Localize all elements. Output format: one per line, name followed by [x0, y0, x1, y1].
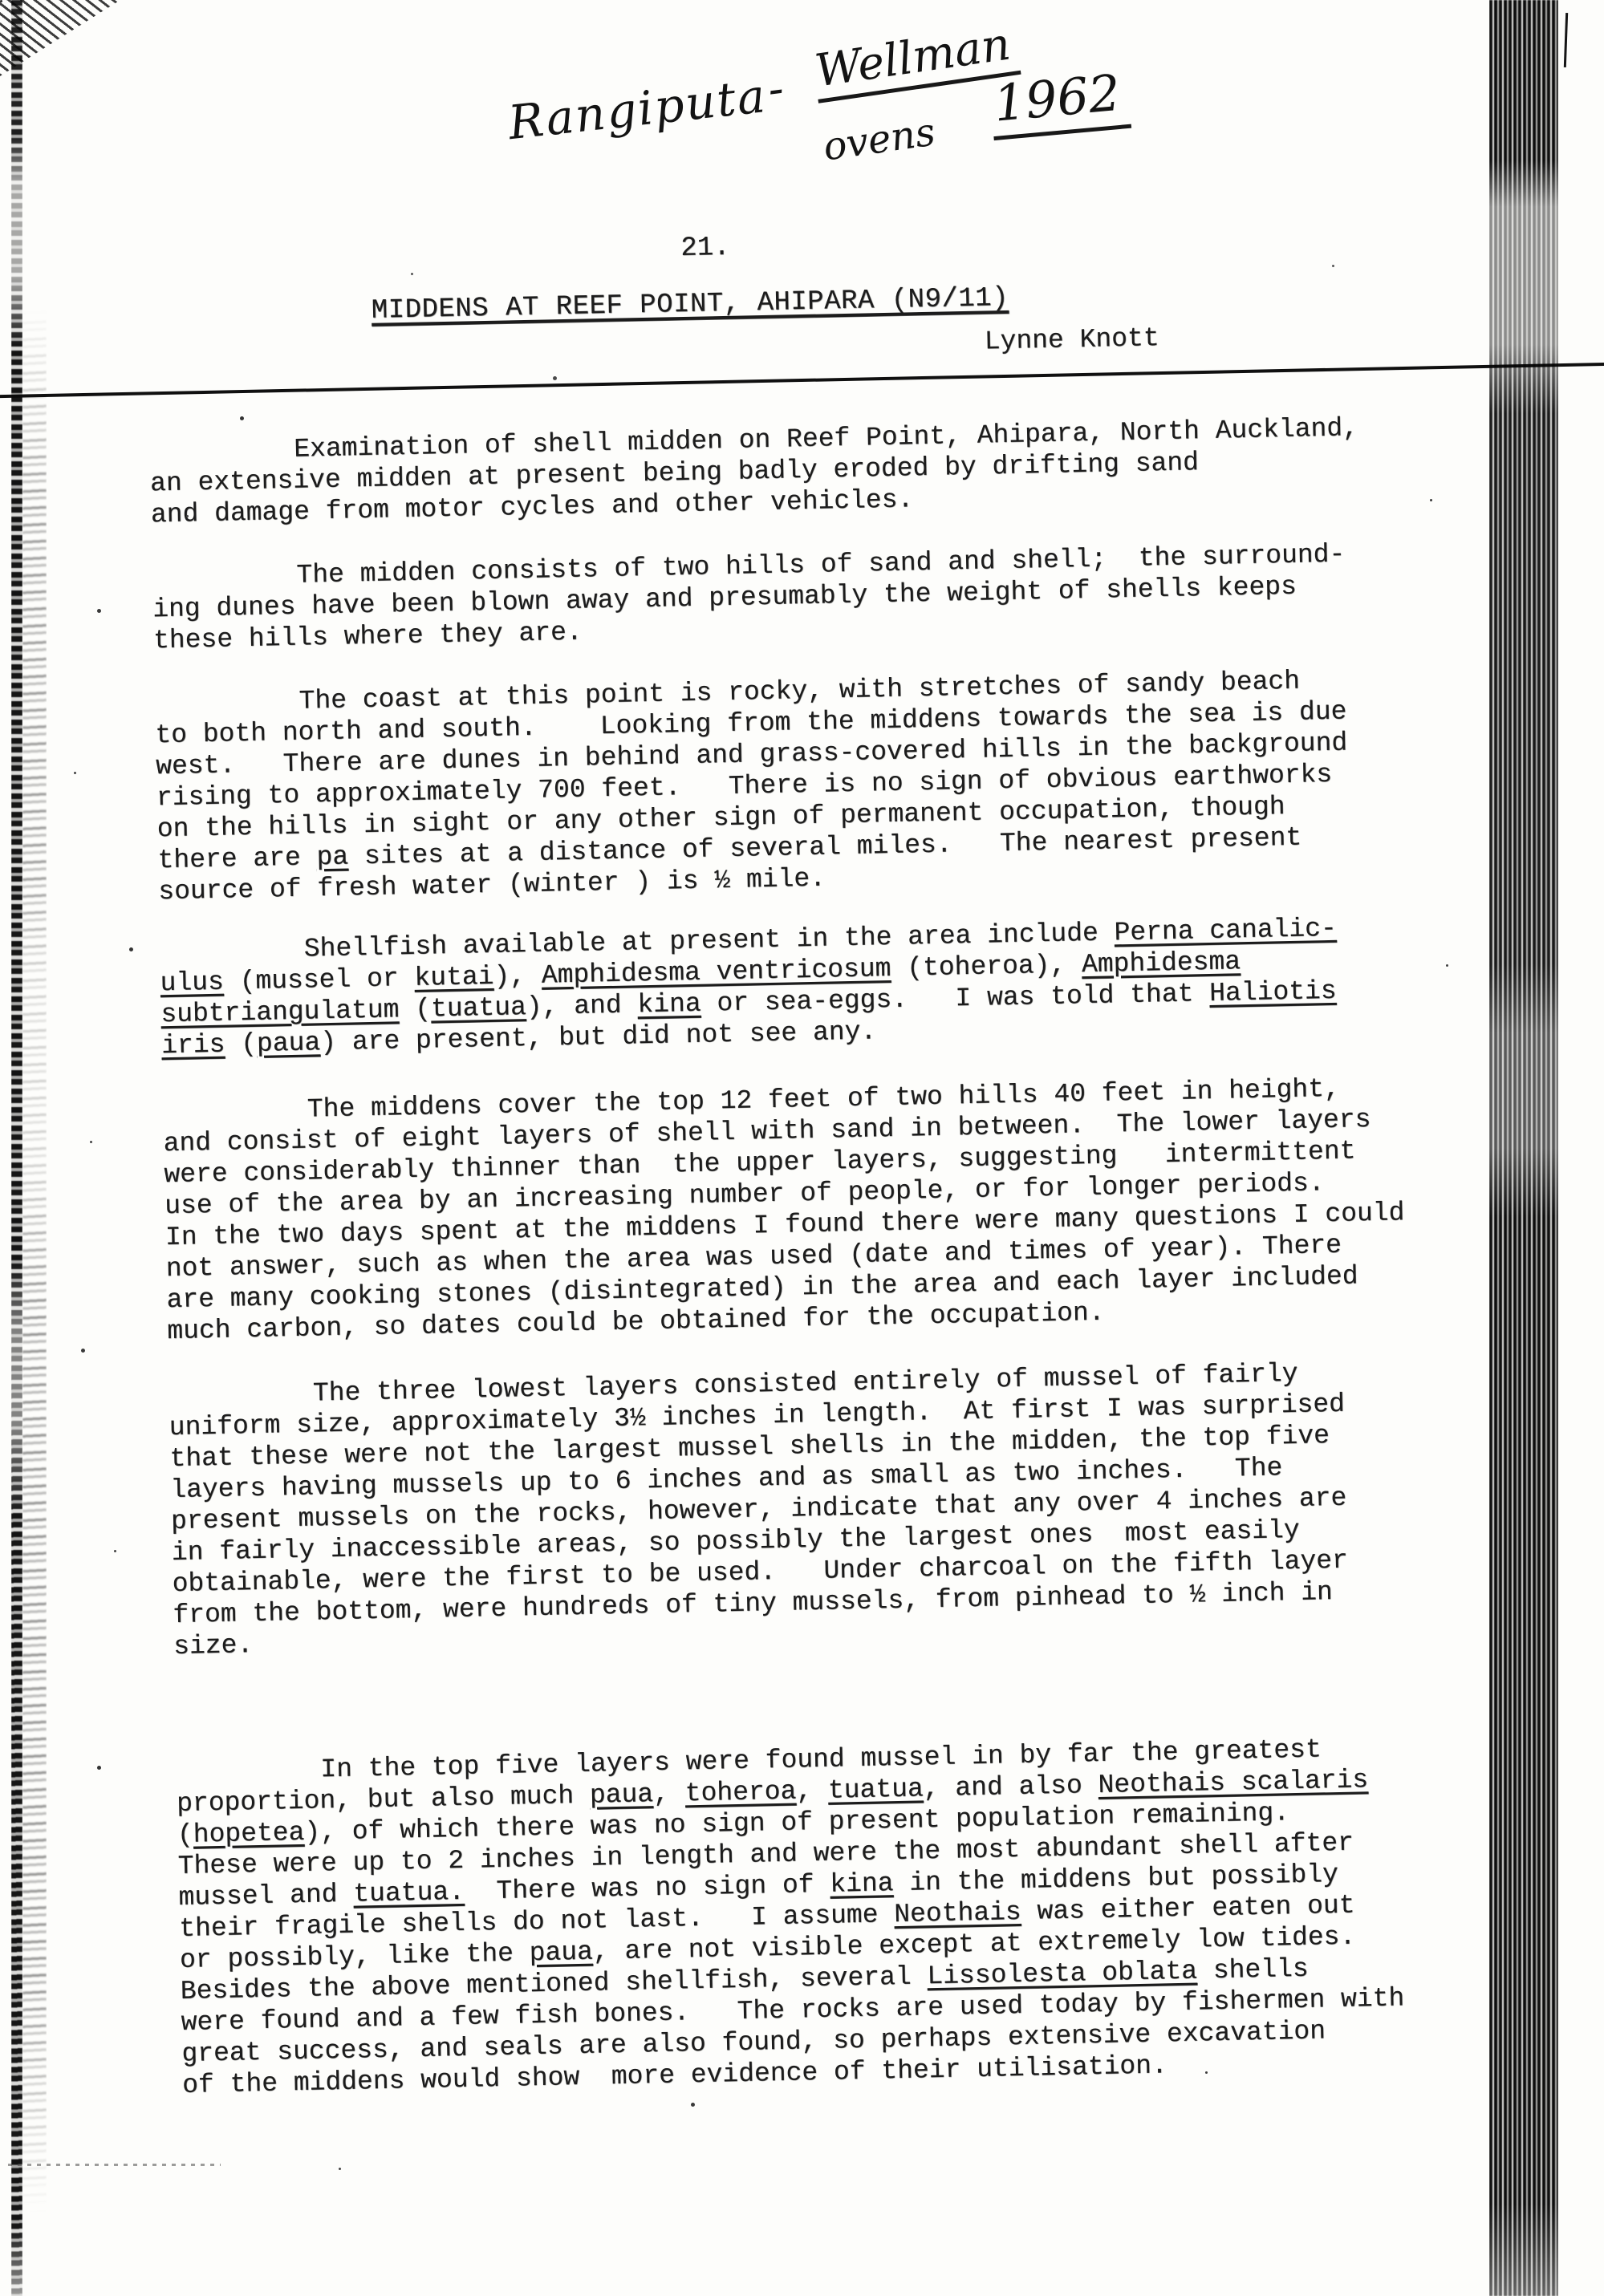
paragraph: The midden consists of two hills of sand…	[152, 536, 1469, 656]
page-number: 21.	[680, 233, 730, 264]
underlined-term: Amphidesma	[1082, 947, 1241, 980]
text-segment: size.	[173, 1630, 254, 1661]
document-title: MIDDENS AT REEF POINT, AHIPARA (N9/11)	[371, 283, 1009, 327]
paragraph: The three lowest layers consisted entire…	[169, 1354, 1490, 1662]
underlined-term: paua	[529, 1937, 593, 1969]
underlined-term: hopetea	[193, 1818, 304, 1850]
text-segment: shells	[1197, 1954, 1309, 1986]
text-segment: (	[399, 994, 431, 1024]
underlined-term: paua	[590, 1779, 654, 1811]
underlined-term: Neothais	[894, 1897, 1021, 1929]
underlined-term: paua	[257, 1028, 321, 1059]
underlined-term: Lissolesta oblata	[927, 1957, 1197, 1992]
underlined-term: Neothais scalaris	[1098, 1765, 1368, 1800]
document-sheet: Rangiputa - Wellman ovens 1962 21. MIDDE…	[0, 0, 1604, 2295]
underlined-term: tuatua	[431, 992, 527, 1024]
scan-artifact-right-band	[1489, 0, 1558, 2296]
paragraph: Examination of shell midden on Reef Poin…	[149, 410, 1467, 530]
underlined-term: tuatua	[828, 1774, 924, 1805]
author-byline: Lynne Knott	[984, 323, 1159, 356]
handwriting-word-ovens: ovens	[820, 109, 937, 169]
header-rule	[0, 361, 1604, 398]
paragraph: The middens cover the top 12 feet of two…	[162, 1070, 1483, 1347]
text-segment: , and also	[923, 1771, 1098, 1803]
text-segment: ,	[796, 1776, 828, 1807]
document-body: Examination of shell midden on Reef Poin…	[149, 410, 1498, 2100]
paragraph: In the top five layers were found mussel…	[176, 1730, 1498, 2101]
underlined-term: pa	[316, 842, 348, 873]
text-segment: mussel and	[178, 1880, 354, 1913]
text-segment: there are	[157, 842, 317, 875]
underlined-term: ulus	[160, 967, 224, 999]
underlined-term: iris	[161, 1030, 225, 1061]
underlined-term: kina	[830, 1868, 894, 1900]
underlined-term: subtriangulatum	[160, 995, 400, 1029]
scan-artifact-dotted-line	[8, 2164, 221, 2166]
handwriting-dash: -	[765, 63, 786, 116]
underlined-term: kina	[637, 989, 701, 1020]
underlined-term: toheroa	[684, 1777, 796, 1809]
underlined-term: Haliotis	[1209, 976, 1337, 1008]
text-segment: ),	[493, 961, 542, 992]
text-segment: (toheroa),	[891, 950, 1082, 984]
scanned-page: Rangiputa - Wellman ovens 1962 21. MIDDE…	[0, 0, 1604, 2296]
handwriting-place-name: Rangiputa	[506, 68, 769, 150]
scan-artifact-speckles	[0, 0, 2, 2]
underlined-term: Perna canalic-	[1114, 914, 1337, 948]
text-segment: (	[177, 1820, 194, 1850]
text-segment: these hills where they are.	[153, 618, 583, 656]
text-segment: ,	[653, 1779, 685, 1809]
text-segment: (	[225, 1029, 257, 1060]
underlined-term: kutai	[414, 962, 494, 993]
paragraph: Shellfish available at present in the ar…	[159, 910, 1477, 1061]
paragraph: The coast at this point is rocky, with s…	[154, 662, 1474, 907]
text-segment: (mussel or	[223, 963, 414, 997]
underlined-term: tuatua.	[353, 1877, 465, 1909]
text-segment: ), and	[526, 990, 637, 1022]
handwriting-year: 1962	[988, 63, 1131, 140]
scan-artifact-left-edge	[11, 0, 22, 2296]
scan-artifact-left-smudge	[22, 305, 47, 2214]
